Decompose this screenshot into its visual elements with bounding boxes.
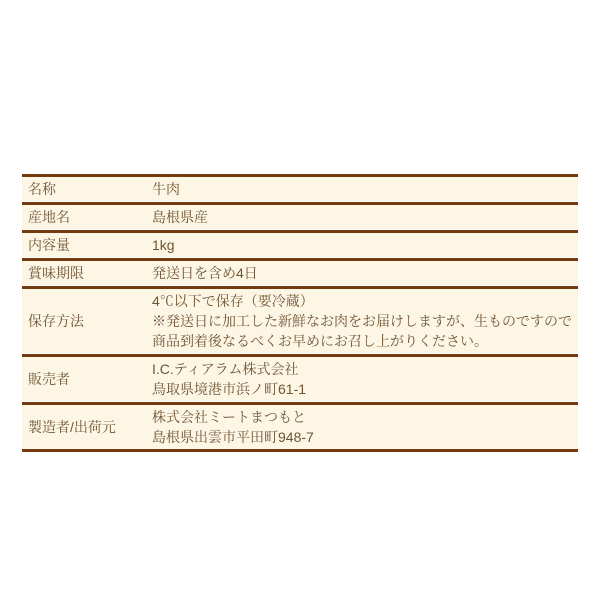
value-line: 株式会社ミートまつもと	[152, 407, 570, 427]
row-product-name: 名称 牛肉	[22, 174, 578, 201]
row-best-before: 賞味期限 発送日を含め4日	[22, 258, 578, 285]
row-seller: 販売者 I.C.ティアラム株式会社 鳥取県境港市浜ノ町61-1	[22, 354, 578, 401]
value-line: 1kg	[152, 235, 570, 255]
row-net-content: 内容量 1kg	[22, 230, 578, 257]
row-label: 保存方法	[22, 286, 150, 353]
value-line: 牛肉	[152, 179, 570, 199]
value-line: 商品到着後なるべくお早めにお召し上がりください。	[152, 331, 570, 351]
row-value: 牛肉	[150, 174, 578, 201]
row-storage-method: 保存方法 4℃以下で保存（要冷蔵） ※発送日に加工した新鮮なお肉をお届けしますが…	[22, 286, 578, 353]
row-label: 名称	[22, 174, 150, 201]
row-label: 賞味期限	[22, 258, 150, 285]
row-value: 発送日を含め4日	[150, 258, 578, 285]
value-line: 鳥取県境港市浜ノ町61-1	[152, 379, 570, 399]
row-manufacturer-shipper: 製造者/出荷元 株式会社ミートまつもと 島根県出雲市平田町948-7	[22, 402, 578, 452]
row-label: 産地名	[22, 202, 150, 229]
row-label: 販売者	[22, 354, 150, 401]
row-value: I.C.ティアラム株式会社 鳥取県境港市浜ノ町61-1	[150, 354, 578, 401]
value-line: 4℃以下で保存（要冷蔵）	[152, 291, 570, 311]
row-value: 4℃以下で保存（要冷蔵） ※発送日に加工した新鮮なお肉をお届けしますが、生もので…	[150, 286, 578, 353]
value-line: 島根県産	[152, 207, 570, 227]
row-label: 内容量	[22, 230, 150, 257]
row-label: 製造者/出荷元	[22, 402, 150, 452]
row-value: 1kg	[150, 230, 578, 257]
value-line: ※発送日に加工した新鮮なお肉をお届けしますが、生ものですので	[152, 311, 570, 331]
value-line: I.C.ティアラム株式会社	[152, 359, 570, 379]
product-info-table: 名称 牛肉 産地名 島根県産 内容量 1kg 賞味期限 発送日	[22, 173, 578, 453]
page: 名称 牛肉 産地名 島根県産 内容量 1kg 賞味期限 発送日	[0, 0, 600, 600]
row-value: 島根県産	[150, 202, 578, 229]
value-line: 発送日を含め4日	[152, 263, 570, 283]
row-origin: 産地名 島根県産	[22, 202, 578, 229]
row-value: 株式会社ミートまつもと 島根県出雲市平田町948-7	[150, 402, 578, 452]
value-line: 島根県出雲市平田町948-7	[152, 427, 570, 447]
